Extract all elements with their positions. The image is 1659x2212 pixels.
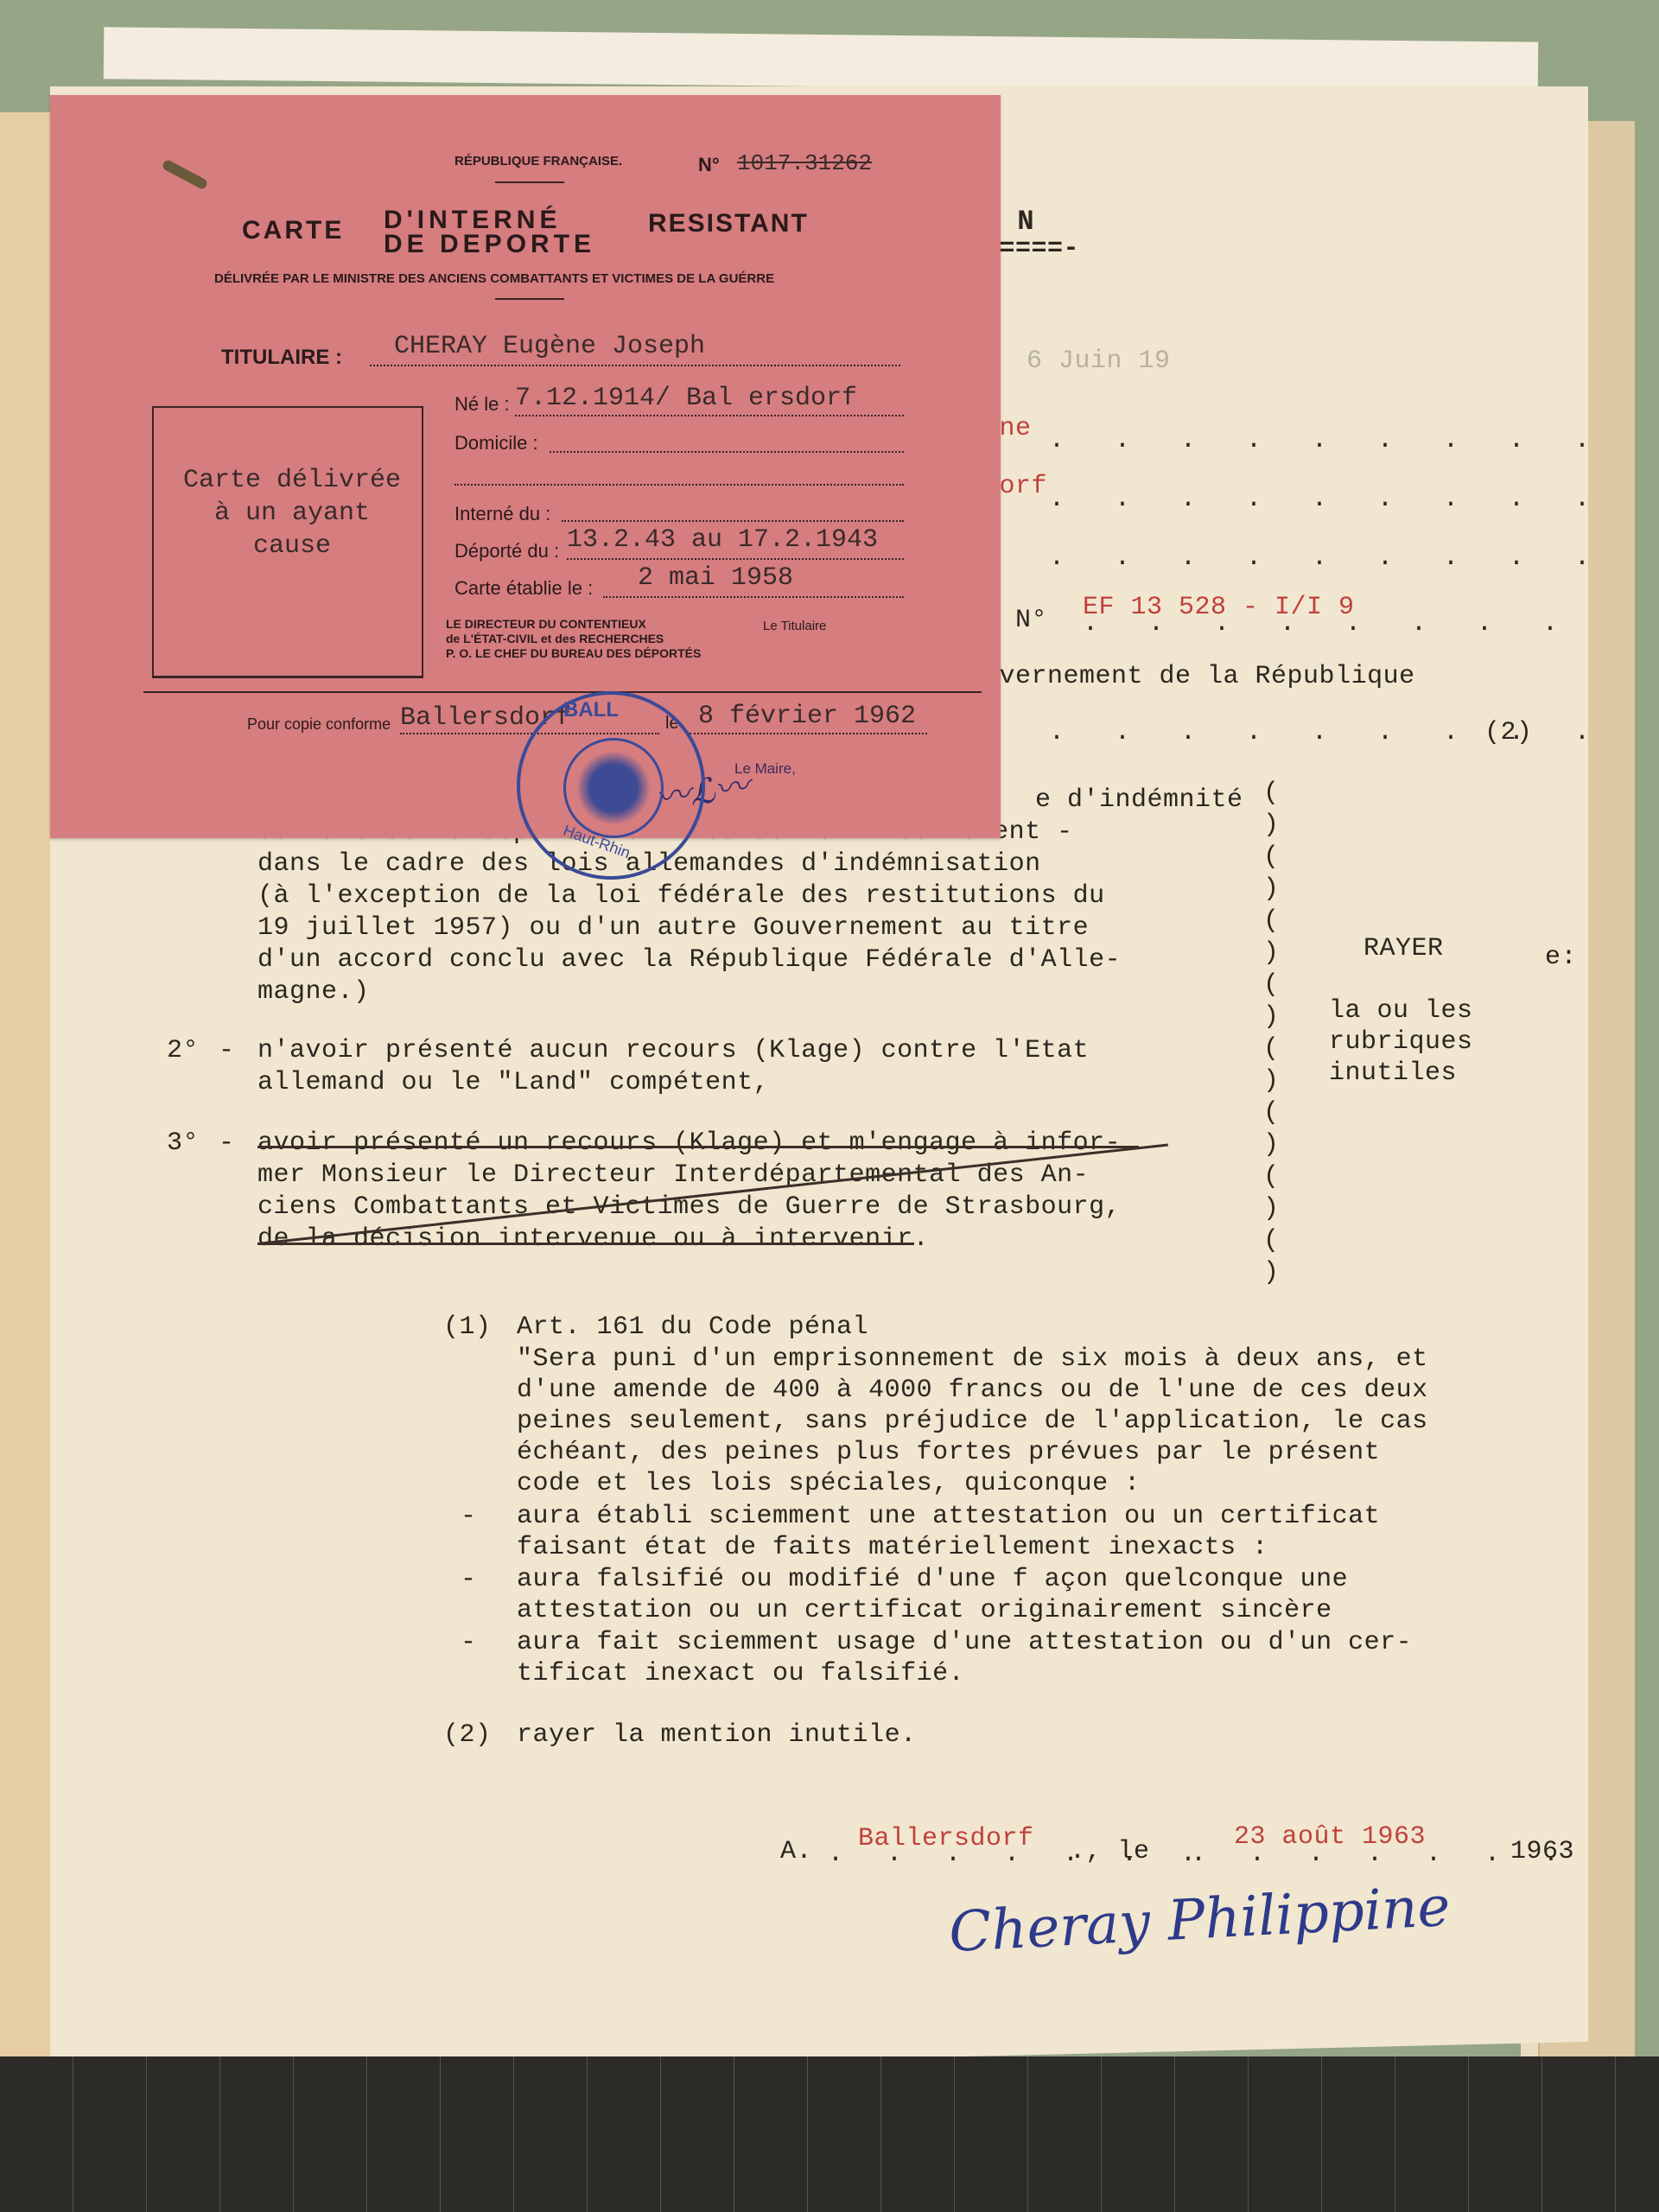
director-block: LE DIRECTEUR DU CONTENTIEUX de L'ÉTAT-CI… xyxy=(446,617,701,661)
photo-box-line: cause xyxy=(162,530,422,563)
para1-line: e d'indémnité xyxy=(1035,785,1243,817)
deporte-label: Déporté du : xyxy=(454,540,559,563)
item-dash: - xyxy=(219,1035,235,1067)
copie-date: 8 février 1962 xyxy=(698,702,916,731)
director-line: P. O. LE CHEF DU BUREAU DES DÉPORTÉS xyxy=(446,646,701,661)
strikethrough-line xyxy=(257,1146,1139,1148)
footnote1-label: (1) xyxy=(443,1312,492,1344)
bullet-line: faisant état de faits matériellement ine… xyxy=(517,1532,1268,1564)
edge-fragment: e: xyxy=(1545,942,1577,974)
field-row-1-dots: . . . . . . . . . . . . . . . xyxy=(983,425,1659,457)
footnote2-label: (2) xyxy=(443,1719,492,1751)
item2-line: n'avoir présenté aucun recours (Klage) c… xyxy=(257,1035,1089,1067)
born-value: 7.12.1914/ Bal ersdorf xyxy=(515,384,857,413)
footnote1-line: code et les lois spéciales, quiconque : xyxy=(517,1468,1141,1500)
footnote1-line: peines seulement, sans préjudice de l'ap… xyxy=(517,1406,1428,1438)
field-row-2-dots: . . . . . . . . . . . . . . . xyxy=(983,484,1659,516)
etablie-value: 2 mai 1958 xyxy=(638,563,793,593)
card-number-label: N° xyxy=(698,154,720,176)
bullet-dash: - xyxy=(461,1564,477,1596)
interne-label: Interné du : xyxy=(454,503,550,525)
item2-line: allemand ou le "Land" compétent, xyxy=(257,1067,769,1099)
republic-label: RÉPUBLIQUE FRANÇAISE. xyxy=(454,154,622,168)
titulaire-value: CHERAY Eugène Joseph xyxy=(394,332,705,361)
title-carte: CARTE xyxy=(242,216,344,245)
date-year-printed: 1963 xyxy=(1510,1836,1574,1868)
item-dash: - xyxy=(219,1128,235,1160)
bracket-column: ( ) ( ) ( ) ( ) ( ) ( ) ( ) ( ) xyxy=(1263,778,1279,1289)
born-label: Né le : xyxy=(454,393,510,416)
side-note-line: rubriques xyxy=(1329,1027,1473,1058)
side-note-title: RAYER xyxy=(1363,933,1444,965)
footnote1-title: Art. 161 du Code pénal xyxy=(517,1312,868,1344)
footnote1-line: "Sera puni d'un emprisonnement de six mo… xyxy=(517,1344,1428,1376)
director-line: LE DIRECTEUR DU CONTENTIEUX xyxy=(446,617,701,632)
stamp-emblem xyxy=(563,738,664,838)
card-number: 1017.31262 xyxy=(737,150,872,176)
bullet-line: tificat inexact ou falsifié. xyxy=(517,1658,964,1690)
copie-label: Pour copie conforme xyxy=(247,715,391,734)
deporte-field: 13.2.43 au 17.2.1943 xyxy=(567,534,904,560)
mairie-stamp: BALL Haut-Rhin xyxy=(517,691,705,880)
footnote1-line: échéant, des peines plus fortes prévues … xyxy=(517,1437,1380,1469)
field-row-3-dots: . . . . . . . . . . . . . . . xyxy=(983,543,1659,575)
bullet-line: aura falsifié ou modifié d'une f açon qu… xyxy=(517,1564,1348,1596)
dossier-dots: . . . . . . . . . . . . . xyxy=(1083,608,1659,640)
item3-line-struck: mer Monsieur le Directeur Interdéparteme… xyxy=(257,1160,1089,1192)
deportee-card: RÉPUBLIQUE FRANÇAISE. N° 1017.31262 CART… xyxy=(50,95,1001,838)
etablie-field: 2 mai 1958 xyxy=(603,572,904,598)
title-resistant: RESISTANT xyxy=(648,209,809,238)
footnote2-text: rayer la mention inutile. xyxy=(517,1719,917,1751)
titulaire-field: CHERAY Eugène Joseph xyxy=(370,339,900,366)
bullet-line: aura fait sciemment usage d'une attestat… xyxy=(517,1627,1412,1659)
titulaire-label: TITULAIRE : xyxy=(221,346,342,370)
footnote1-line: d'une amende de 400 à 4000 francs ou de … xyxy=(517,1375,1428,1407)
para1-line: d'un accord conclu avec la République Fé… xyxy=(257,944,1121,976)
para1-line: (à l'exception de la loi fédérale des re… xyxy=(257,880,1105,912)
side-note-line: inutiles xyxy=(1329,1058,1457,1090)
photo-box: Carte délivrée à un ayant cause xyxy=(152,406,423,678)
bullet-line: aura établi sciemment une attestation ou… xyxy=(517,1501,1380,1533)
interne-field xyxy=(562,501,904,522)
photo-box-text: Carte délivrée à un ayant cause xyxy=(162,464,422,563)
strikethrough-line xyxy=(257,1243,914,1245)
title-deporte: DE DEPORTE xyxy=(384,230,595,259)
born-field: 7.12.1914/ Bal ersdorf xyxy=(515,391,904,416)
item3-line-struck: avoir présenté un recours (Klage) et m'e… xyxy=(257,1128,1121,1160)
side-note-line: la ou les xyxy=(1329,995,1473,1027)
director-line: de L'ÉTAT-CIVIL et des RECHERCHES xyxy=(446,632,701,646)
etablie-label: Carte établie le : xyxy=(454,577,593,600)
staple xyxy=(161,159,208,191)
divider xyxy=(495,298,564,300)
folder-edge xyxy=(0,112,51,2082)
item3-line-struck: de la décision intervenue ou à interveni… xyxy=(257,1224,929,1255)
para1-line: 19 juillet 1957) ou d'un autre Gouvernem… xyxy=(257,912,1089,944)
applicant-signature: Cheray Philippine xyxy=(947,1875,1452,1965)
photo-box-line: à un ayant xyxy=(162,497,422,530)
bullet-dash: - xyxy=(461,1627,477,1659)
divider xyxy=(495,181,564,183)
photo-box-line: Carte délivrée xyxy=(162,464,422,497)
domicile-label: Domicile : xyxy=(454,432,538,454)
place-prefix: A. xyxy=(780,1836,812,1868)
stamp-text-top: BALL xyxy=(563,698,619,722)
titulaire-sign-label: Le Titulaire xyxy=(763,619,826,633)
government-line: uvernement de la République xyxy=(983,661,1415,693)
card-divider xyxy=(143,691,982,693)
gov-dots: . . . . . . . . . . . . . . xyxy=(983,717,1659,749)
place-dots: . . . . . . . xyxy=(828,1839,1210,1871)
para1-line: magne.) xyxy=(257,976,370,1008)
issued-by: DÉLIVRÉE PAR LE MINISTRE DES ANCIENS COM… xyxy=(214,271,774,286)
item2-number: 2° xyxy=(167,1035,199,1067)
item3-number: 3° xyxy=(167,1128,199,1160)
bleed-through-text: 6 Juin 19 xyxy=(1027,346,1171,378)
footnote-ref-2: (2) xyxy=(1484,717,1533,749)
domicile-field xyxy=(550,432,904,453)
domicile-field-2 xyxy=(454,465,904,486)
date-le: ., le xyxy=(1070,1836,1150,1868)
bullet-line: attestation ou un certificat originairem… xyxy=(517,1595,1332,1627)
bullet-dash: - xyxy=(461,1501,477,1533)
copie-date-field: 8 février 1962 xyxy=(690,710,927,734)
deporte-value: 13.2.43 au 17.2.1943 xyxy=(567,525,878,555)
table-surface xyxy=(0,2056,1659,2212)
